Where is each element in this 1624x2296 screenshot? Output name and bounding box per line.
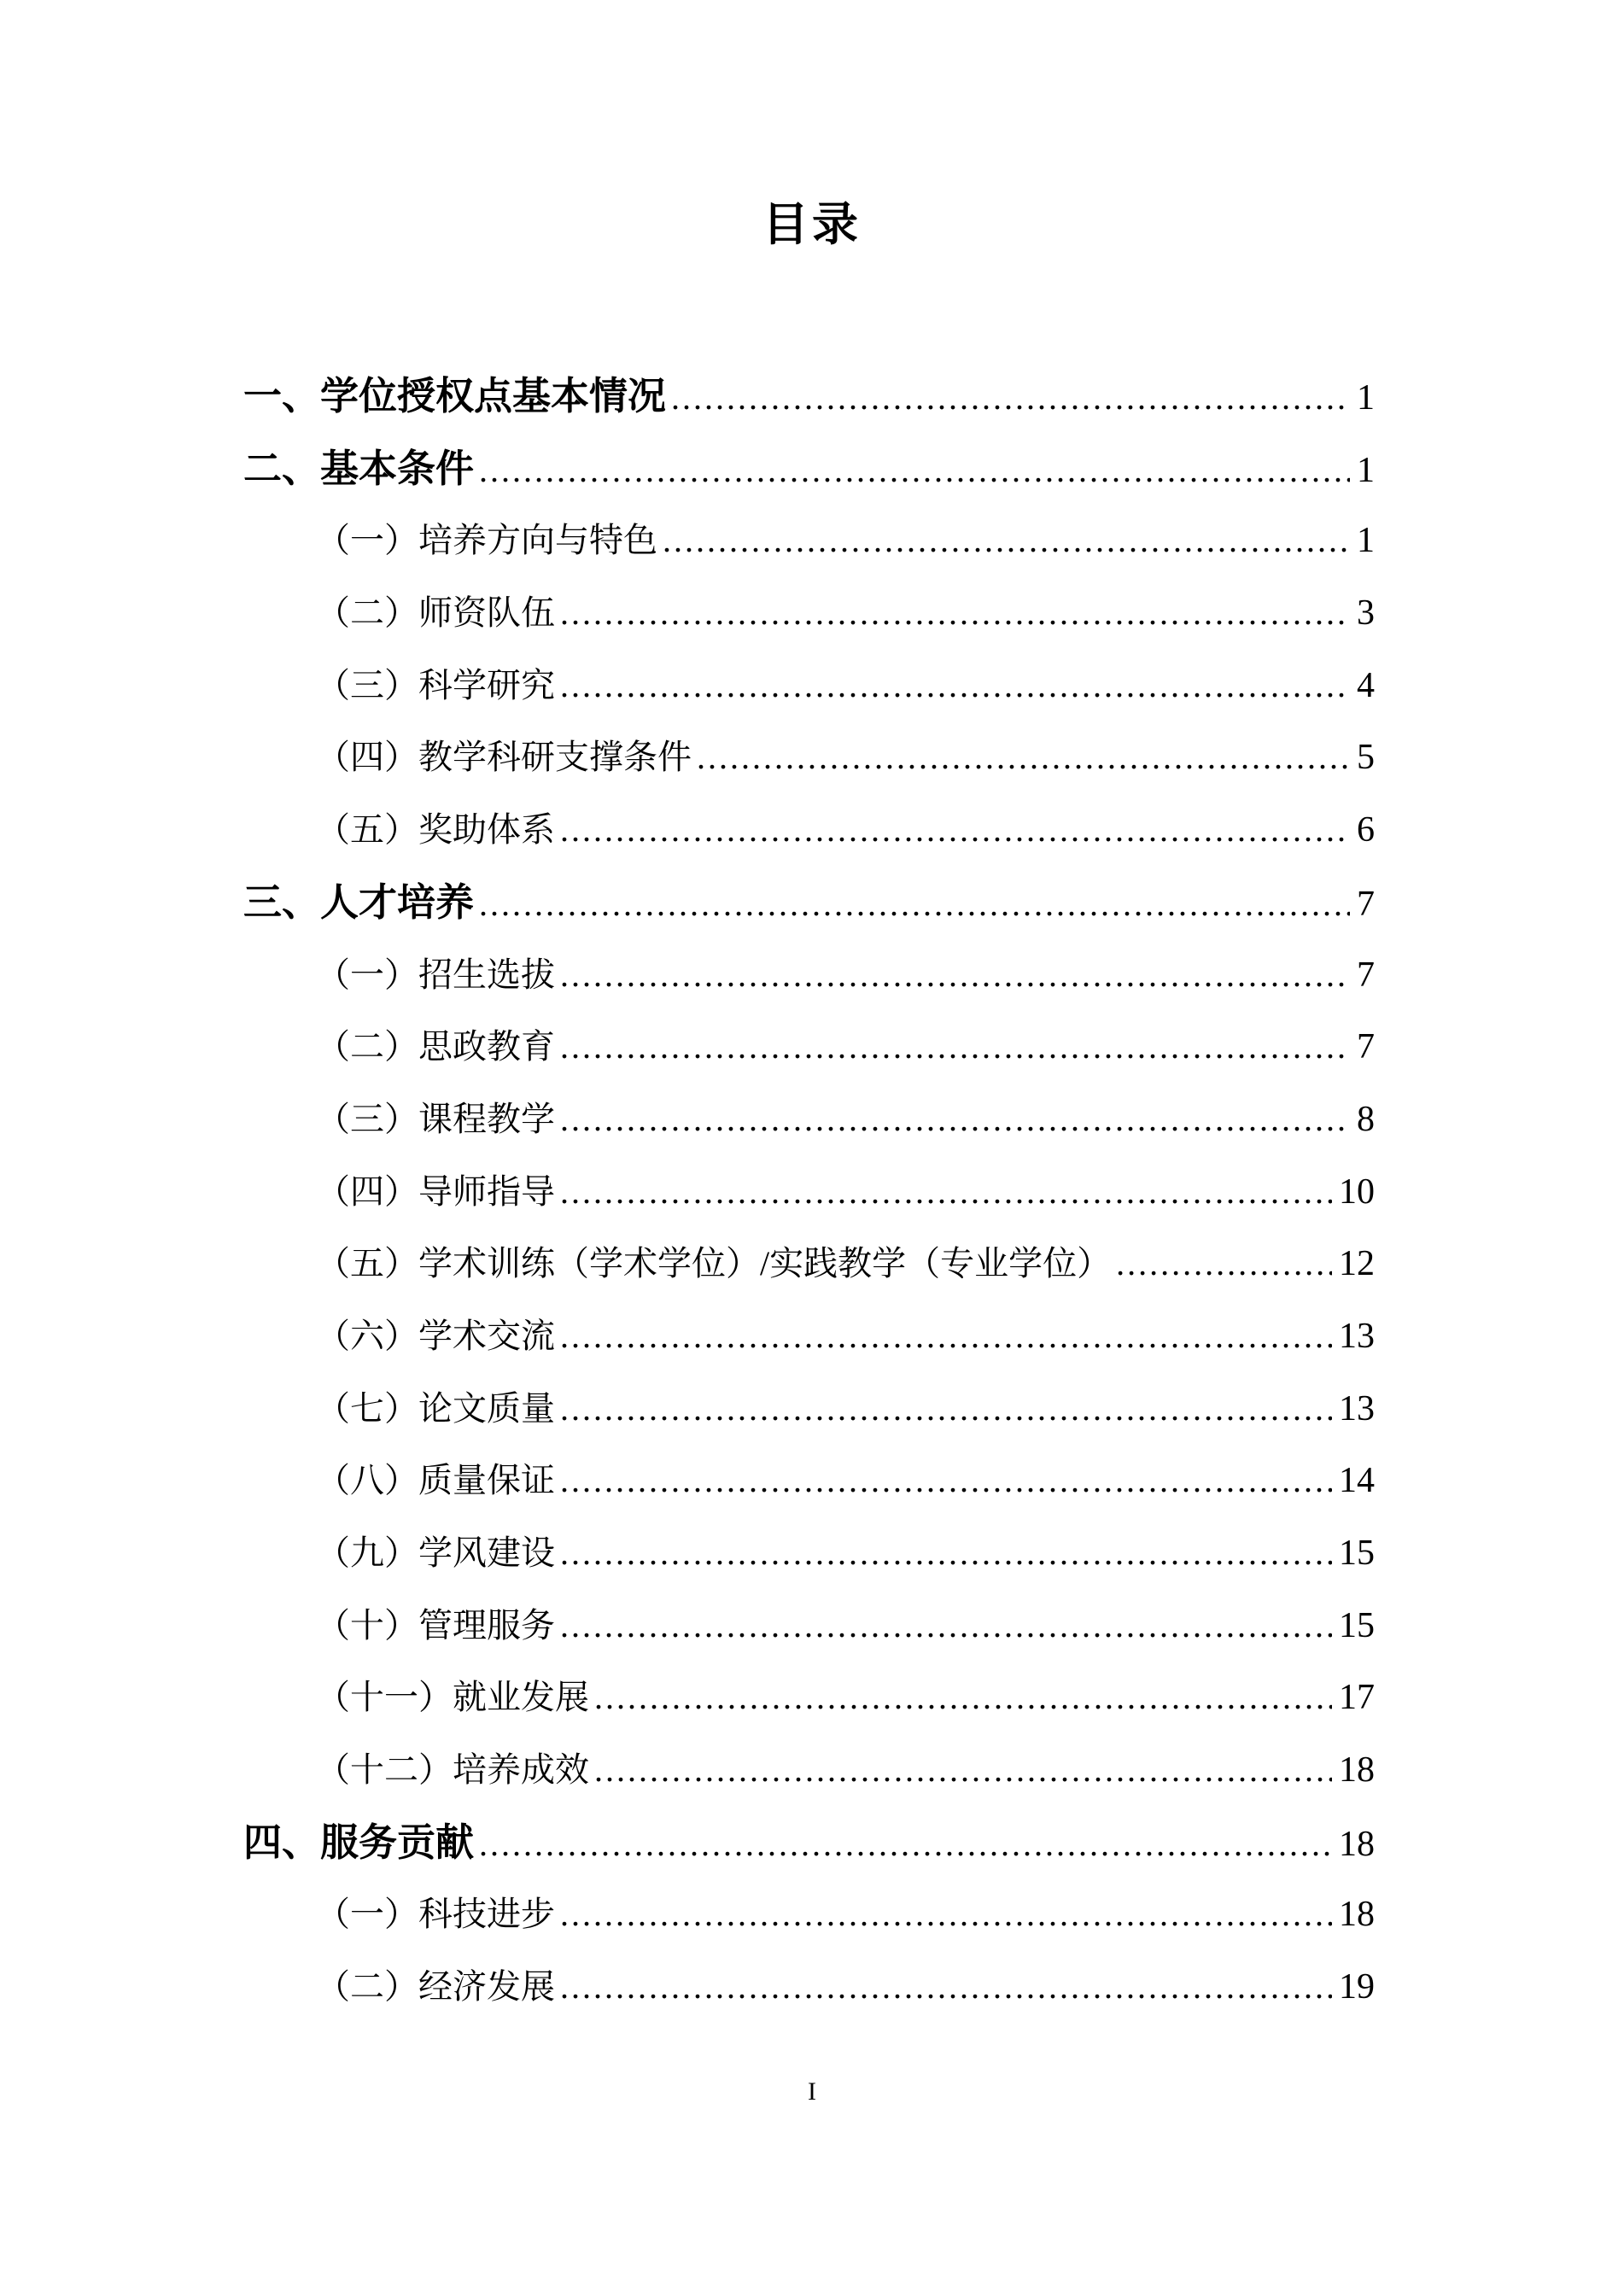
toc-entry-label: 二、基本条件 — [243, 433, 474, 505]
toc-entry-page: 1 — [1350, 435, 1375, 507]
toc-entry-label: （十二）培养成效 — [316, 1734, 589, 1807]
toc-entry[interactable]: （四）导师指导 10 — [0, 1156, 1624, 1229]
toc-entry-page: 18 — [1332, 1808, 1375, 1881]
dot-leader — [671, 362, 1350, 435]
dot-leader — [594, 1662, 1332, 1734]
toc-entry[interactable]: （一）培养方向与特色 1 — [0, 505, 1624, 577]
dot-leader — [560, 1517, 1332, 1590]
toc-entry-page: 12 — [1332, 1228, 1375, 1300]
toc-entry-label: （一）科技进步 — [316, 1878, 555, 1951]
dot-leader — [479, 435, 1350, 507]
toc-entry-page: 4 — [1350, 650, 1375, 722]
dot-leader — [479, 868, 1350, 941]
toc-list: 一、学位授权点基本情况 1 二、基本条件 1 （一）培养方向与特色 1 （二）师… — [0, 360, 1624, 2024]
toc-entry[interactable]: （三）课程教学 8 — [0, 1084, 1624, 1156]
toc-entry-page: 10 — [1332, 1156, 1375, 1229]
toc-entry-page: 1 — [1350, 505, 1375, 577]
toc-entry[interactable]: （八）质量保证 14 — [0, 1445, 1624, 1517]
toc-entry[interactable]: （三）科学研究 4 — [0, 650, 1624, 722]
toc-entry-label: （四）教学科研支撑条件 — [316, 722, 692, 794]
toc-entry-label: （四）导师指导 — [316, 1156, 555, 1229]
toc-entry[interactable]: （五）奖助体系 6 — [0, 794, 1624, 867]
toc-entry-label: （十一）就业发展 — [316, 1662, 589, 1734]
toc-entry-page: 15 — [1332, 1590, 1375, 1662]
toc-entry-page: 15 — [1332, 1517, 1375, 1590]
dot-leader — [560, 1084, 1350, 1156]
toc-page: 目录 一、学位授权点基本情况 1 二、基本条件 1 （一）培养方向与特色 1 （… — [0, 0, 1624, 2296]
dot-leader — [560, 1951, 1332, 2024]
dot-leader — [560, 1300, 1332, 1373]
page-title: 目录 — [0, 198, 1624, 251]
toc-entry-label: （三）科学研究 — [316, 650, 555, 722]
toc-entry-page: 18 — [1332, 1734, 1375, 1807]
toc-entry-page: 17 — [1332, 1662, 1375, 1734]
toc-entry[interactable]: （九）学风建设 15 — [0, 1517, 1624, 1590]
toc-entry-page: 7 — [1350, 1011, 1375, 1084]
toc-entry-page: 13 — [1332, 1373, 1375, 1446]
dot-leader — [560, 1011, 1350, 1084]
dot-leader — [560, 794, 1350, 867]
toc-entry-label: （二）经济发展 — [316, 1951, 555, 2024]
toc-entry[interactable]: 三、人才培养 7 — [0, 867, 1624, 939]
toc-entry-page: 7 — [1350, 868, 1375, 941]
toc-entry-label: 三、人才培养 — [243, 867, 474, 939]
dot-leader — [560, 939, 1350, 1012]
dot-leader — [560, 1878, 1332, 1951]
toc-entry[interactable]: （十一）就业发展 17 — [0, 1662, 1624, 1734]
toc-entry-label: （五）奖助体系 — [316, 794, 555, 867]
toc-entry[interactable]: （二）思政教育 7 — [0, 1011, 1624, 1084]
toc-entry-label: （七）论文质量 — [316, 1373, 555, 1446]
toc-entry[interactable]: （七）论文质量 13 — [0, 1373, 1624, 1446]
toc-entry-page: 13 — [1332, 1300, 1375, 1373]
toc-entry[interactable]: （十二）培养成效 18 — [0, 1734, 1624, 1807]
toc-entry-page: 1 — [1350, 362, 1375, 435]
toc-entry-page: 14 — [1332, 1445, 1375, 1517]
toc-entry-page: 5 — [1350, 722, 1375, 794]
toc-entry[interactable]: （六）学术交流 13 — [0, 1300, 1624, 1373]
dot-leader — [479, 1808, 1332, 1881]
dot-leader — [697, 722, 1350, 794]
toc-entry-label: （二）师资队伍 — [316, 577, 555, 650]
dot-leader — [560, 1373, 1332, 1446]
dot-leader — [560, 650, 1350, 722]
toc-entry-label: （八）质量保证 — [316, 1445, 555, 1517]
page-number: I — [0, 2077, 1624, 2107]
dot-leader — [560, 1156, 1332, 1229]
toc-entry-label: （十）管理服务 — [316, 1590, 555, 1662]
toc-entry-label: （一）培养方向与特色 — [316, 505, 657, 577]
toc-entry[interactable]: （四）教学科研支撑条件 5 — [0, 722, 1624, 794]
toc-entry[interactable]: 二、基本条件 1 — [0, 433, 1624, 505]
toc-entry[interactable]: （十）管理服务 15 — [0, 1590, 1624, 1662]
toc-entry-page: 3 — [1350, 577, 1375, 650]
toc-entry-page: 18 — [1332, 1878, 1375, 1951]
toc-entry[interactable]: （二）师资队伍 3 — [0, 577, 1624, 650]
toc-entry-label: （三）课程教学 — [316, 1084, 555, 1156]
toc-entry-label: 四、服务贡献 — [243, 1807, 474, 1879]
toc-entry-page: 6 — [1350, 794, 1375, 867]
dot-leader — [560, 1590, 1332, 1662]
toc-entry[interactable]: （一）科技进步 18 — [0, 1878, 1624, 1951]
toc-entry-label: （一）招生选拔 — [316, 939, 555, 1012]
dot-leader — [560, 577, 1350, 650]
dot-leader — [560, 1445, 1332, 1517]
toc-entry[interactable]: （五）学术训练（学术学位）/实践教学（专业学位） 12 — [0, 1228, 1624, 1300]
dot-leader — [594, 1734, 1332, 1807]
toc-entry[interactable]: 四、服务贡献 18 — [0, 1807, 1624, 1879]
dot-leader — [663, 505, 1350, 577]
toc-entry[interactable]: （一）招生选拔 7 — [0, 939, 1624, 1012]
toc-entry[interactable]: （二）经济发展 19 — [0, 1951, 1624, 2024]
toc-entry[interactable]: 一、学位授权点基本情况 1 — [0, 360, 1624, 433]
toc-entry-label: （六）学术交流 — [316, 1300, 555, 1373]
toc-entry-label: （九）学风建设 — [316, 1517, 555, 1590]
toc-entry-page: 7 — [1350, 939, 1375, 1012]
toc-entry-page: 19 — [1332, 1951, 1375, 2024]
toc-entry-label: （五）学术训练（学术学位）/实践教学（专业学位） — [316, 1228, 1111, 1300]
toc-entry-page: 8 — [1350, 1084, 1375, 1156]
toc-entry-label: 一、学位授权点基本情况 — [243, 360, 666, 433]
toc-entry-label: （二）思政教育 — [316, 1011, 555, 1084]
dot-leader — [1116, 1228, 1332, 1300]
